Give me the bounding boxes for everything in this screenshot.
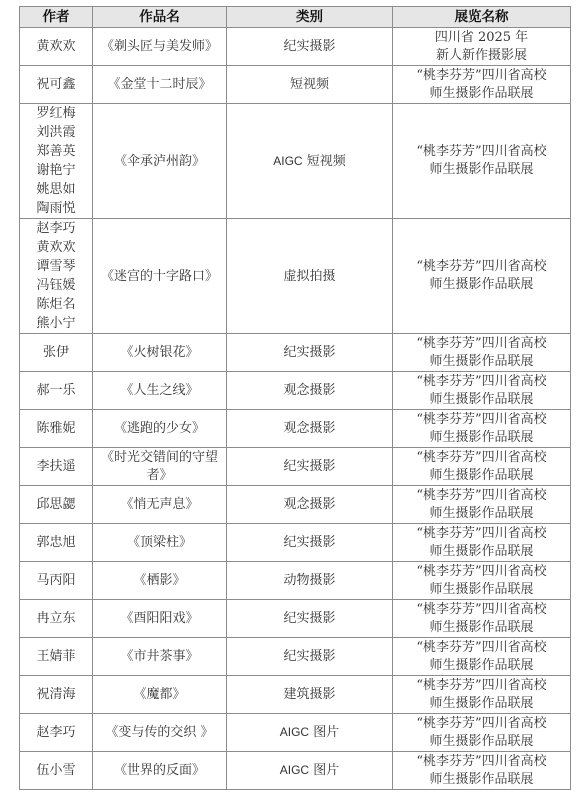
- exhibition-cell: “桃李芬芳”四川省高校师生摄影作品联展: [393, 638, 571, 676]
- category-cell: 观念摄影: [227, 486, 393, 524]
- category-cell: AIGC 图片: [227, 714, 393, 752]
- author-cell: 郝一乐: [20, 372, 93, 410]
- table-row: 李扶遥《时光交错间的守望者》纪实摄影“桃李芬芳”四川省高校师生摄影作品联展: [20, 448, 571, 486]
- title-cell: 《世界的反面》: [93, 752, 227, 790]
- table-row: 罗红梅刘洪霞郑善英谢艳宁姚思如陶雨悦《伞承泸州韵》AIGC 短视频“桃李芬芳”四…: [20, 104, 571, 219]
- exhibition-cell: “桃李芬芳”四川省高校师生摄影作品联展: [393, 448, 571, 486]
- exhibition-cell: “桃李芬芳”四川省高校师生摄影作品联展: [393, 334, 571, 372]
- table-row: 陈雅妮《逃跑的少女》观念摄影“桃李芬芳”四川省高校师生摄影作品联展: [20, 410, 571, 448]
- exhibition-cell: “桃李芬芳”四川省高校师生摄影作品联展: [393, 219, 571, 334]
- author-cell: 赵李巧: [20, 714, 93, 752]
- category-cell: 建筑摄影: [227, 676, 393, 714]
- title-cell: 《酉阳阳戏》: [93, 600, 227, 638]
- exhibition-cell: “桃李芬芳”四川省高校师生摄影作品联展: [393, 676, 571, 714]
- category-cell: 观念摄影: [227, 410, 393, 448]
- author-cell: 陈雅妮: [20, 410, 93, 448]
- category-cell: AIGC 图片: [227, 752, 393, 790]
- author-cell: 祝可鑫: [20, 66, 93, 104]
- title-cell: 《火树银花》: [93, 334, 227, 372]
- title-cell: 《栖影》: [93, 562, 227, 600]
- header-row: 作者 作品名 类别 展览名称: [20, 7, 571, 28]
- exhibition-cell: 四川省 2025 年新人新作摄影展: [393, 28, 571, 66]
- table-body: 黄欢欢《剃头匠与美发师》纪实摄影四川省 2025 年新人新作摄影展祝可鑫《金堂十…: [20, 28, 571, 790]
- author-cell: 郭忠旭: [20, 524, 93, 562]
- table-row: 张伊《火树银花》纪实摄影“桃李芬芳”四川省高校师生摄影作品联展: [20, 334, 571, 372]
- table-row: 伍小雪《世界的反面》AIGC 图片“桃李芬芳”四川省高校师生摄影作品联展: [20, 752, 571, 790]
- author-cell: 邱思勰: [20, 486, 93, 524]
- table-row: 马丙阳《栖影》动物摄影“桃李芬芳”四川省高校师生摄影作品联展: [20, 562, 571, 600]
- exhibition-cell: “桃李芬芳”四川省高校师生摄影作品联展: [393, 410, 571, 448]
- category-cell: 动物摄影: [227, 562, 393, 600]
- author-cell: 冉立东: [20, 600, 93, 638]
- exhibition-cell: “桃李芬芳”四川省高校师生摄影作品联展: [393, 524, 571, 562]
- title-cell: 《伞承泸州韵》: [93, 104, 227, 219]
- header-author: 作者: [20, 7, 93, 28]
- title-cell: 《魔都》: [93, 676, 227, 714]
- works-table: 作者 作品名 类别 展览名称 黄欢欢《剃头匠与美发师》纪实摄影四川省 2025 …: [19, 6, 571, 790]
- title-cell: 《人生之线》: [93, 372, 227, 410]
- exhibition-cell: “桃李芬芳”四川省高校师生摄影作品联展: [393, 104, 571, 219]
- header-category: 类别: [227, 7, 393, 28]
- title-cell: 《金堂十二时辰》: [93, 66, 227, 104]
- table-row: 黄欢欢《剃头匠与美发师》纪实摄影四川省 2025 年新人新作摄影展: [20, 28, 571, 66]
- table-row: 赵李巧《变与传的交织 》AIGC 图片“桃李芬芳”四川省高校师生摄影作品联展: [20, 714, 571, 752]
- author-cell: 王婧菲: [20, 638, 93, 676]
- author-cell: 黄欢欢: [20, 28, 93, 66]
- author-cell: 张伊: [20, 334, 93, 372]
- author-cell: 李扶遥: [20, 448, 93, 486]
- author-cell: 罗红梅刘洪霞郑善英谢艳宁姚思如陶雨悦: [20, 104, 93, 219]
- exhibition-cell: “桃李芬芳”四川省高校师生摄影作品联展: [393, 752, 571, 790]
- header-exhibition: 展览名称: [393, 7, 571, 28]
- category-cell: 纪实摄影: [227, 448, 393, 486]
- exhibition-cell: “桃李芬芳”四川省高校师生摄影作品联展: [393, 562, 571, 600]
- title-cell: 《迷宫的十字路口》: [93, 219, 227, 334]
- category-cell: 纪实摄影: [227, 334, 393, 372]
- header-title: 作品名: [93, 7, 227, 28]
- title-cell: 《剃头匠与美发师》: [93, 28, 227, 66]
- exhibition-cell: “桃李芬芳”四川省高校师生摄影作品联展: [393, 600, 571, 638]
- category-cell: 观念摄影: [227, 372, 393, 410]
- title-cell: 《悄无声息》: [93, 486, 227, 524]
- category-cell: 纪实摄影: [227, 600, 393, 638]
- table-row: 邱思勰《悄无声息》观念摄影“桃李芬芳”四川省高校师生摄影作品联展: [20, 486, 571, 524]
- exhibition-cell: “桃李芬芳”四川省高校师生摄影作品联展: [393, 486, 571, 524]
- exhibition-cell: “桃李芬芳”四川省高校师生摄影作品联展: [393, 372, 571, 410]
- category-cell: AIGC 短视频: [227, 104, 393, 219]
- author-cell: 赵李巧黄欢欢谭雪琴冯钰媛陈炬名熊小宁: [20, 219, 93, 334]
- table-row: 郝一乐《人生之线》观念摄影“桃李芬芳”四川省高校师生摄影作品联展: [20, 372, 571, 410]
- title-cell: 《市井茶事》: [93, 638, 227, 676]
- exhibition-cell: “桃李芬芳”四川省高校师生摄影作品联展: [393, 714, 571, 752]
- author-cell: 伍小雪: [20, 752, 93, 790]
- table-row: 王婧菲《市井茶事》纪实摄影“桃李芬芳”四川省高校师生摄影作品联展: [20, 638, 571, 676]
- table-row: 祝清海《魔都》建筑摄影“桃李芬芳”四川省高校师生摄影作品联展: [20, 676, 571, 714]
- author-cell: 祝清海: [20, 676, 93, 714]
- category-cell: 虚拟拍摄: [227, 219, 393, 334]
- category-cell: 纪实摄影: [227, 28, 393, 66]
- title-cell: 《逃跑的少女》: [93, 410, 227, 448]
- title-cell: 《时光交错间的守望者》: [93, 448, 227, 486]
- table-row: 赵李巧黄欢欢谭雪琴冯钰媛陈炬名熊小宁《迷宫的十字路口》虚拟拍摄“桃李芬芳”四川省…: [20, 219, 571, 334]
- table-row: 冉立东《酉阳阳戏》纪实摄影“桃李芬芳”四川省高校师生摄影作品联展: [20, 600, 571, 638]
- exhibition-cell: “桃李芬芳”四川省高校师生摄影作品联展: [393, 66, 571, 104]
- category-cell: 纪实摄影: [227, 638, 393, 676]
- table-row: 祝可鑫《金堂十二时辰》短视频“桃李芬芳”四川省高校师生摄影作品联展: [20, 66, 571, 104]
- title-cell: 《顶梁柱》: [93, 524, 227, 562]
- author-cell: 马丙阳: [20, 562, 93, 600]
- title-cell: 《变与传的交织 》: [93, 714, 227, 752]
- table-row: 郭忠旭《顶梁柱》纪实摄影“桃李芬芳”四川省高校师生摄影作品联展: [20, 524, 571, 562]
- category-cell: 短视频: [227, 66, 393, 104]
- category-cell: 纪实摄影: [227, 524, 393, 562]
